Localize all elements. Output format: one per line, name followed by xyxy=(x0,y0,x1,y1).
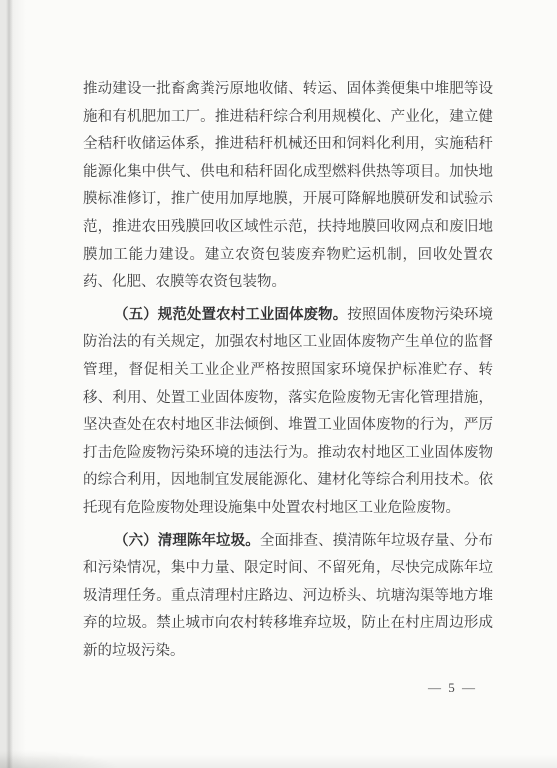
line-text: 打击危险废物污染环境的违法行为。推动农村地区工业固体废物 xyxy=(83,445,493,461)
page-bottom-edge-shadow xyxy=(0,755,557,768)
text-line: 推动建设一批畜禽粪污原地收储、转运、固体粪便集中堆肥等设 xyxy=(83,76,493,104)
text-line: 移、利用、处置工业固体废物，落实危险废物无害化管理措施， xyxy=(83,385,493,413)
section-5-heading: （五）规范处置农村工业固体废物。 xyxy=(114,307,347,323)
line-text: 防治法的有关规定，加强农村地区工业固体废物产生单位的监督 xyxy=(83,334,493,350)
line-text: 圾清理任务。重点清理村庄路边、河边桥头、坑塘沟渠等地方堆 xyxy=(83,588,493,604)
text-line: 药、化肥、农膜等农资包装物。 xyxy=(83,269,493,297)
line-text: 推动建设一批畜禽粪污原地收储、转运、固体粪便集中堆肥等设 xyxy=(83,81,493,97)
text-line-section-5-heading: （五）规范处置农村工业固体废物。按照固体废物污染环境 xyxy=(83,302,493,330)
line-text: 膜加工能力建设。建立农资包装废弃物贮运机制，回收处置农 xyxy=(83,247,493,263)
text-line: 能源化集中供气、供电和秸秆固化成型燃料供热等项目。加快地 xyxy=(83,159,493,187)
page-left-edge-shadow xyxy=(0,0,28,768)
line-text: 全面排查、摸清陈年垃圾存量、分布 xyxy=(260,533,493,549)
page-number: — 5 — xyxy=(83,680,493,696)
section-6-heading: （六）清理陈年垃圾。 xyxy=(114,533,260,549)
text-line: 托现有危险废物处理设施集中处置农村地区工业危险废物。 xyxy=(83,495,493,523)
text-line: 的综合利用，因地制宜发展能源化、建材化等综合利用技术。依 xyxy=(83,467,493,495)
line-text: 弃的垃圾。禁止城市向农村转移堆弃垃圾，防止在村庄周边形成 xyxy=(83,615,493,631)
document-body: 推动建设一批畜禽粪污原地收储、转运、固体粪便集中堆肥等设 施和有机肥加工厂。推进… xyxy=(83,76,493,665)
text-line: 防治法的有关规定，加强农村地区工业固体废物产生单位的监督 xyxy=(83,329,493,357)
line-text: 范，推进农田残膜回收区域性示范，扶持地膜回收网点和废旧地 xyxy=(83,219,493,235)
text-line: 膜加工能力建设。建立农资包装废弃物贮运机制，回收处置农 xyxy=(83,242,493,270)
line-text: 管理，督促相关工业企业严格按照国家环境保护标准贮存、转 xyxy=(83,362,493,378)
text-line: 管理，督促相关工业企业严格按照国家环境保护标准贮存、转 xyxy=(83,357,493,385)
line-text: 按照固体废物污染环境 xyxy=(347,307,493,323)
text-line: 坚决查处在农村地区非法倾倒、堆置工业固体废物的行为，严厉 xyxy=(83,412,493,440)
line-text: 坚决查处在农村地区非法倾倒、堆置工业固体废物的行为，严厉 xyxy=(83,417,493,433)
line-text: 的综合利用，因地制宜发展能源化、建材化等综合利用技术。依 xyxy=(83,472,493,488)
text-line: 圾清理任务。重点清理村庄路边、河边桥头、坑塘沟渠等地方堆 xyxy=(83,583,493,611)
scanned-document-page: 推动建设一批畜禽粪污原地收储、转运、固体粪便集中堆肥等设 施和有机肥加工厂。推进… xyxy=(0,0,557,768)
line-text: 托现有危险废物处理设施集中处置农村地区工业危险废物。 xyxy=(83,500,460,516)
line-text: 和污染情况，集中力量、限定时间、不留死角，尽快完成陈年垃 xyxy=(83,560,493,576)
line-text: 药、化肥、农膜等农资包装物。 xyxy=(83,274,286,290)
text-line: 弃的垃圾。禁止城市向农村转移堆弃垃圾，防止在村庄周边形成 xyxy=(83,610,493,638)
text-line: 施和有机肥加工厂。推进秸秆综合利用规模化、产业化，建立健 xyxy=(83,104,493,132)
text-line: 全秸秆收储运体系，推进秸秆机械还田和饲料化利用，实施秸秆 xyxy=(83,131,493,159)
text-line: 范，推进农田残膜回收区域性示范，扶持地膜回收网点和废旧地 xyxy=(83,214,493,242)
line-text: 全秸秆收储运体系，推进秸秆机械还田和饲料化利用，实施秸秆 xyxy=(83,136,493,152)
line-text: 移、利用、处置工业固体废物，落实危险废物无害化管理措施， xyxy=(83,390,493,406)
line-text: 施和有机肥加工厂。推进秸秆综合利用规模化、产业化，建立健 xyxy=(83,109,493,125)
line-text: 膜标准修订，推广使用加厚地膜，开展可降解地膜研发和试验示 xyxy=(83,191,493,207)
text-line: 膜标准修订，推广使用加厚地膜，开展可降解地膜研发和试验示 xyxy=(83,186,493,214)
line-text: 新的垃圾污染。 xyxy=(83,643,185,659)
line-text: 能源化集中供气、供电和秸秆固化成型燃料供热等项目。加快地 xyxy=(83,164,493,180)
text-line: 和污染情况，集中力量、限定时间、不留死角，尽快完成陈年垃 xyxy=(83,555,493,583)
text-line: 打击危险废物污染环境的违法行为。推动农村地区工业固体废物 xyxy=(83,440,493,468)
text-line: 新的垃圾污染。 xyxy=(83,638,493,666)
text-line-section-6-heading: （六）清理陈年垃圾。全面排查、摸清陈年垃圾存量、分布 xyxy=(83,528,493,556)
